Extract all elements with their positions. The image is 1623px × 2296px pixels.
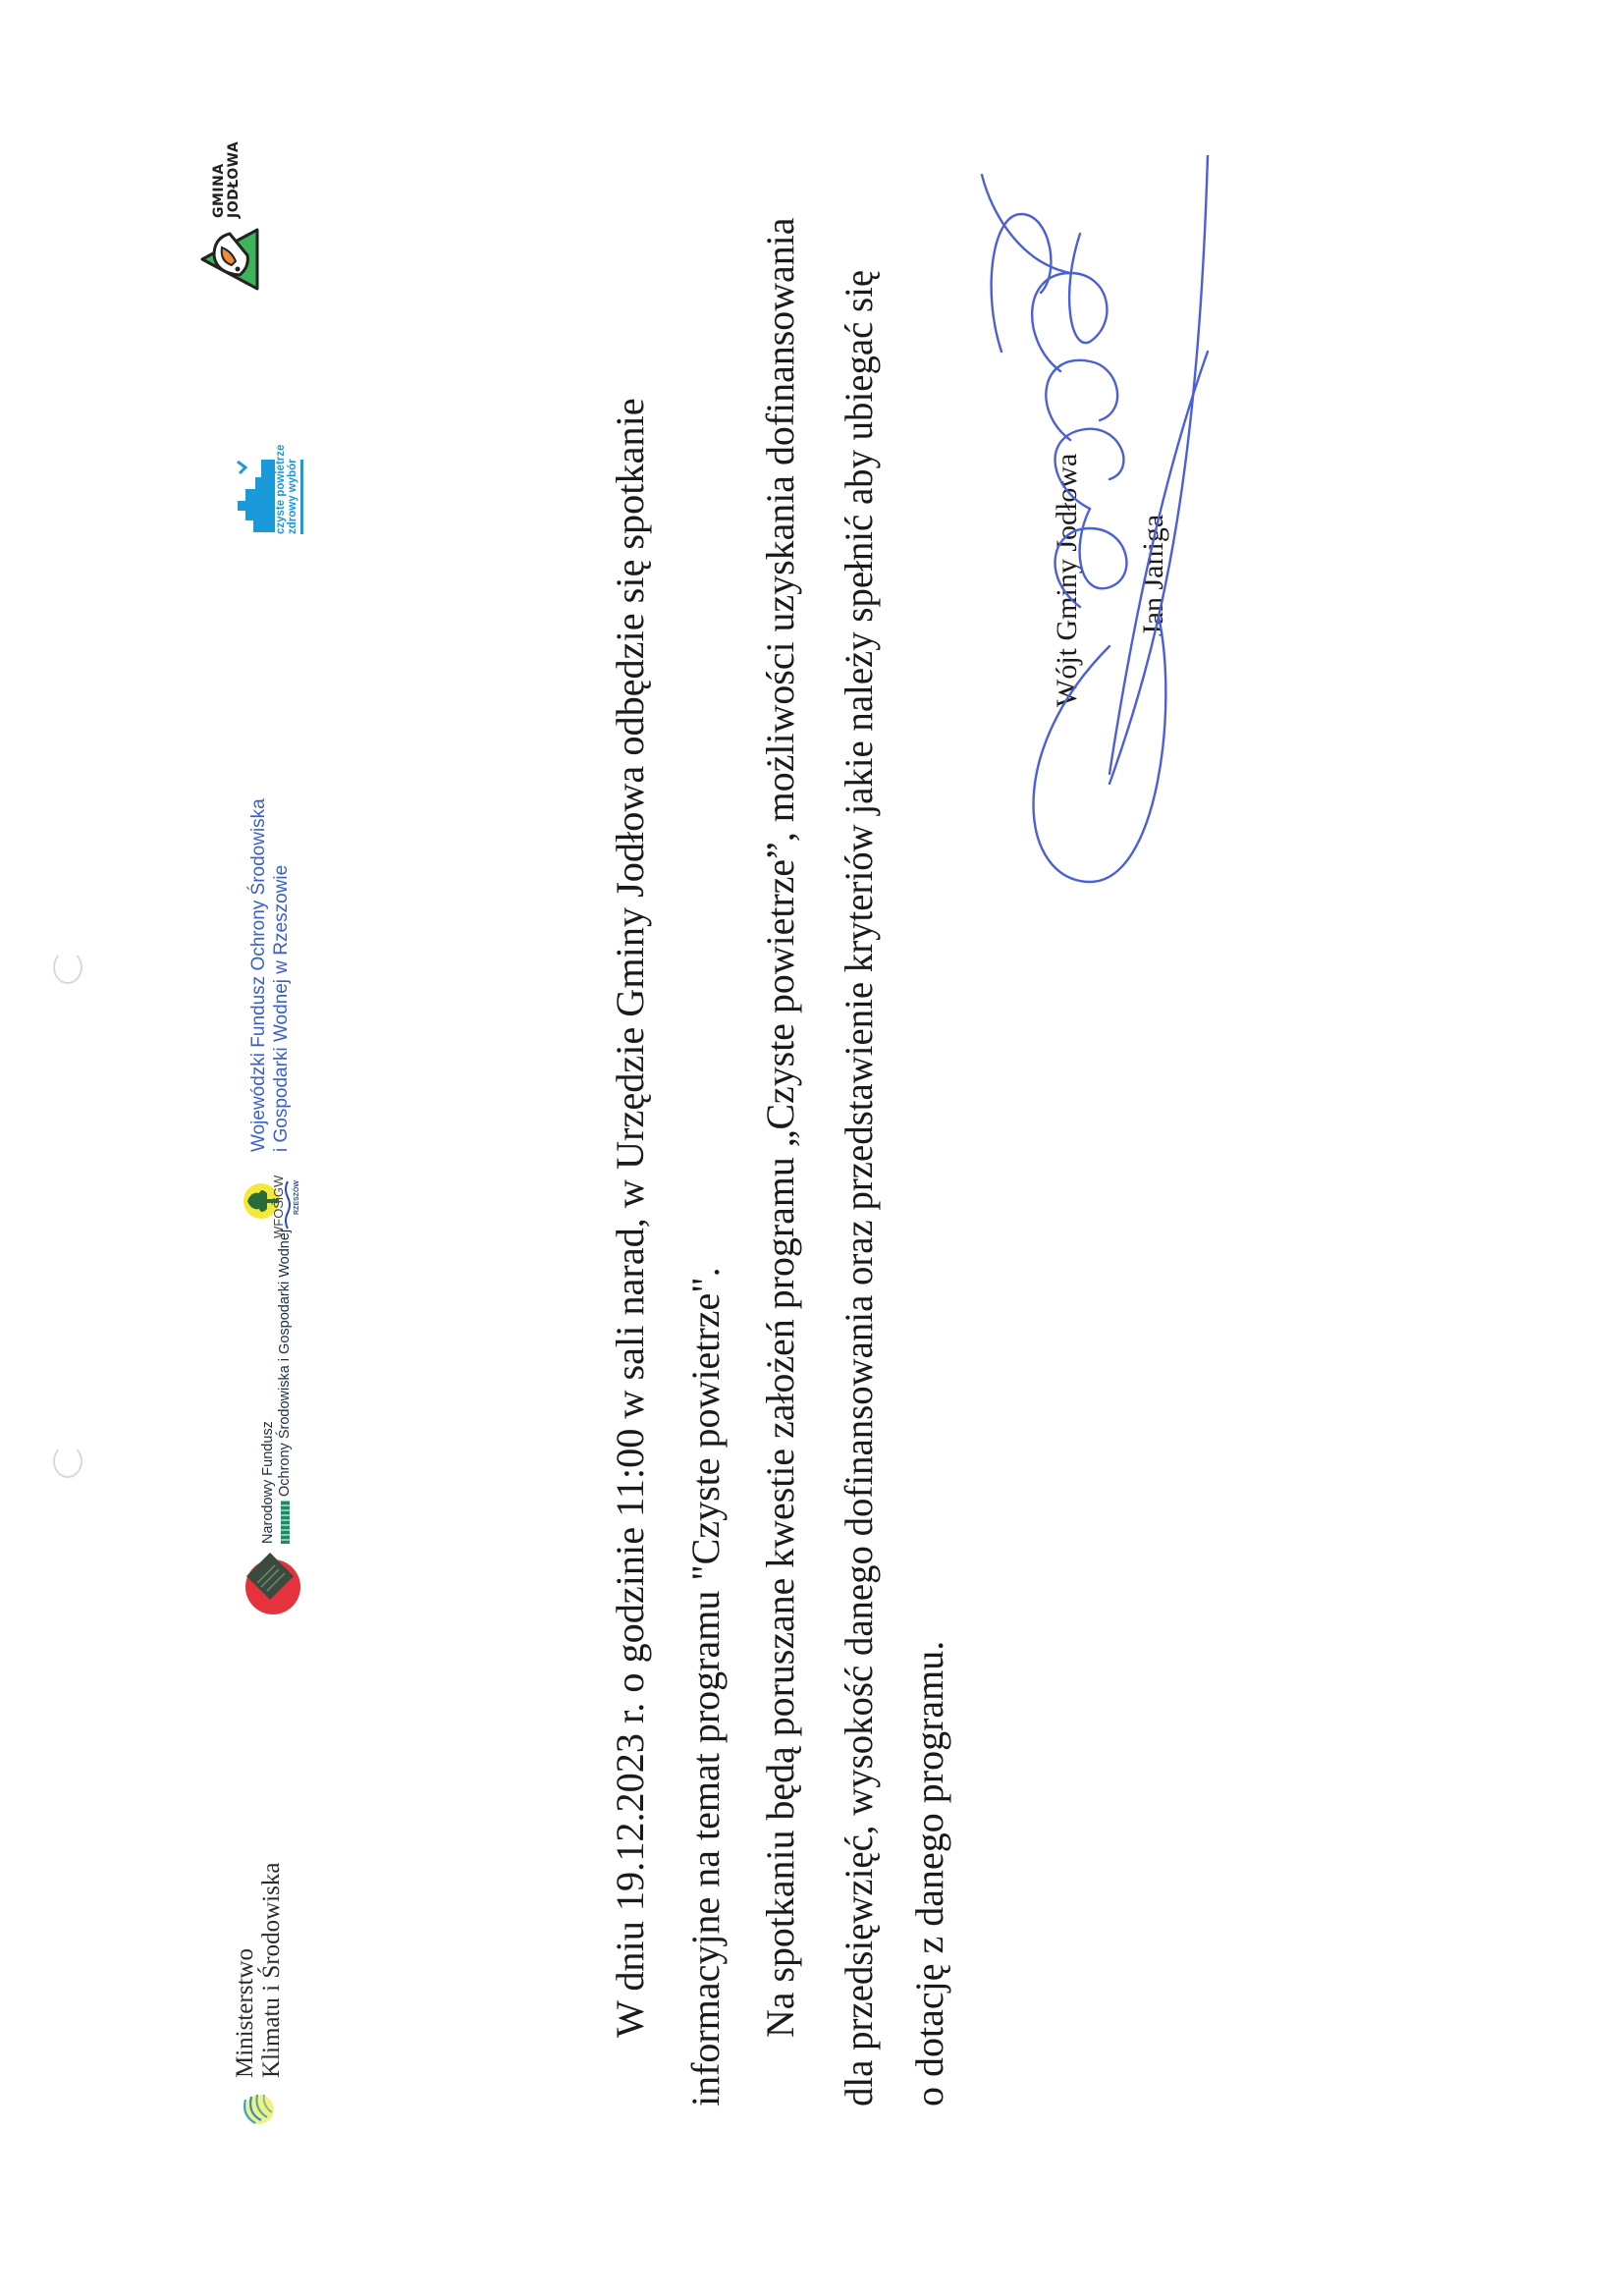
ministry-name-line1: Ministerstwo: [232, 1863, 258, 2078]
house-skyline-icon: [232, 458, 275, 534]
handwritten-signature: [962, 155, 1276, 902]
signatory-title: Wójt Gminy Jodłowa: [1053, 454, 1082, 707]
nfos-name-line2: Ochrony Środowiska i Gospodarki Wodnej: [277, 1230, 293, 1497]
logo-czyste-powietrze: czyste powietrze zdrowy wybór: [232, 445, 303, 534]
tree-sun-icon: WFOŚiGW RZESZÓW: [240, 1164, 300, 1240]
logo-ministry-climate: Ministerstwo Klimatu i Środowiska: [232, 1863, 285, 2129]
nfos-stripe-bar: [281, 1501, 290, 1544]
logo-gmina-jodlowa: GMINA JODŁOWA: [192, 141, 261, 295]
signatory-name: Jan Janiga: [1139, 515, 1168, 636]
paragraph-2-line-1: Na spotkaniu będą poruszane kwestie zało…: [761, 218, 800, 2038]
gmina-label-line1: GMINA: [212, 141, 227, 218]
wfos-name-line2: i Gospodarki Wodnej w Rzeszowie: [270, 798, 293, 1152]
green-triangles-emblem-icon: [192, 224, 261, 295]
svg-text:RZESZÓW: RZESZÓW: [292, 1180, 300, 1215]
cp-tagline-line1: czyste powietrze: [275, 445, 287, 534]
paragraph-1-line-2: informacyjne na temat programu "Czyste p…: [686, 1267, 726, 2106]
punch-hole-mark: [53, 1445, 82, 1478]
document-page: Ministerstwo Klimatu i Środowiska Narodo…: [0, 0, 1623, 2296]
cp-underline: [300, 460, 303, 534]
swirl-globe-icon: [236, 2090, 281, 2129]
punch-hole-mark: [53, 951, 82, 984]
wfos-badge-text: WFOŚiGW: [271, 1175, 286, 1238]
logo-wfosigw: WFOŚiGW RZESZÓW Wojewódzki Fundusz Ochro…: [240, 798, 300, 1240]
ministry-name-line2: Klimatu i Środowiska: [258, 1863, 285, 2078]
paragraph-2-line-3: o dotację z danego programu.: [910, 1641, 949, 2106]
gmina-label-line2: JODŁOWA: [227, 141, 242, 218]
cp-tagline-line2: zdrowy wybór: [287, 459, 298, 534]
wfos-name-line1: Wojewódzki Fundusz Ochrony Środowiska: [247, 798, 270, 1152]
nfos-red-circle-icon: [240, 1550, 306, 1616]
nfos-name-line1: Narodowy Fundusz: [260, 1230, 277, 1544]
logo-nfosigw: Narodowy Fundusz Ochrony Środowiska i Go…: [240, 1230, 306, 1616]
paragraph-1-line-1: W dniu 19.12.2023 r. o godzinie 11:00 w …: [611, 398, 650, 2038]
paragraph-2-line-2: dla przedsięwzięć, wysokość danego dofin…: [839, 270, 879, 2106]
